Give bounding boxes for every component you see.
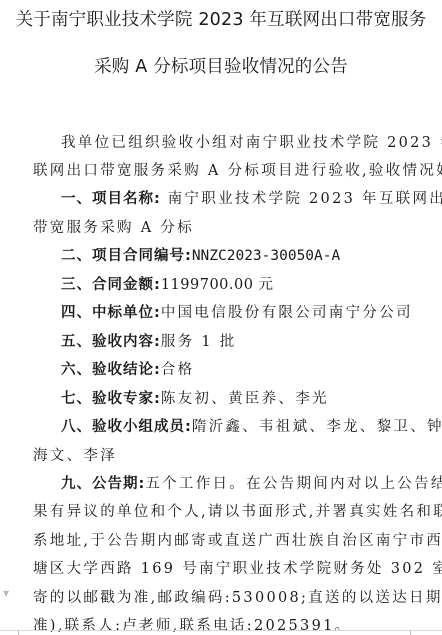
paragraph-collapse-icon[interactable]: ▼ xyxy=(3,589,9,598)
item-team-members: 八、验收小组成员:隋沂鑫、韦祖斌、李龙、黎卫、钟 xyxy=(61,415,442,436)
item-label: 八、验收小组成员: xyxy=(61,419,192,435)
item-value: 中国电信股份有限公司南宁分公司 xyxy=(161,305,413,321)
item-winning-bidder: 四、中标单位:中国电信股份有限公司南宁分公司 xyxy=(61,301,413,322)
item-contract-amount: 三、合同金额:1199700.00 元 xyxy=(61,273,274,294)
intro-line-1: 我单位已组织验收小组对南宁职业技术学院 2023 年互 xyxy=(61,131,442,152)
item-experts: 七、验收专家:陈友初、黄臣养、李光 xyxy=(61,387,329,408)
item-contract-no: 二、项目合同编号:NNZC2023-30050A-A xyxy=(61,244,340,265)
item-value: 五个工作日。在公告期间内对以上公告结 xyxy=(145,476,442,492)
item-project-name-cont: 带宽服务采购 A 分标 xyxy=(33,216,194,237)
item-acceptance-conclusion: 六、验收结论:合格 xyxy=(61,358,194,379)
item-value: 陈友初、黄臣养、李光 xyxy=(161,391,329,407)
notice-line: 系地址,于公告期内邮寄或直送广西壮族自治区南宁市西乡 xyxy=(33,529,442,550)
item-acceptance-content: 五、验收内容:服务 1 批 xyxy=(61,330,237,351)
notice-line: 果有异议的单位和个人,请以书面形式,并署真实姓名和联 xyxy=(33,500,442,521)
item-team-members-cont: 海文、李泽 xyxy=(33,444,117,465)
notice-line: 塘区大学西路 169 号南宁职业技术学院财务处 302 室。(邮 xyxy=(33,557,442,578)
item-value: 服务 1 批 xyxy=(161,334,237,350)
item-value: 南宁职业技术学院 2023 年互联网出口 xyxy=(161,191,442,207)
margin-corner-left xyxy=(18,630,33,635)
item-label: 六、验收结论: xyxy=(61,362,161,378)
item-label: 三、合同金额: xyxy=(61,277,161,293)
item-project-name: 一、项目名称: 南宁职业技术学院 2023 年互联网出口 xyxy=(61,187,442,208)
item-label: 四、中标单位: xyxy=(61,305,161,321)
notice-line: 准),联系人:卢老师,联系电话:2025391。 xyxy=(33,614,351,635)
item-value: 合格 xyxy=(161,362,195,378)
title-line-2: 采购 A 分标项目验收情况的公告 xyxy=(0,53,442,78)
item-value: NNZC2023-30050A-A xyxy=(192,248,340,264)
intro-line-2: 联网出口带宽服务采购 A 分标项目进行验收,验收情况如下: xyxy=(33,159,442,180)
notice-line: 寄的以邮戳为准,邮政编码:530008;直送的以送达日期为 xyxy=(33,586,442,607)
item-notice-period: 九、公告期:五个工作日。在公告期间内对以上公告结 xyxy=(61,472,442,493)
item-label: 五、验收内容: xyxy=(61,334,161,350)
item-label: 一、项目名称: xyxy=(61,191,161,207)
title-line-1: 关于南宁职业技术学院 2023 年互联网出口带宽服务 xyxy=(0,6,442,31)
item-value: 1199700.00 元 xyxy=(161,277,274,293)
item-label: 二、项目合同编号: xyxy=(61,248,192,264)
margin-corner-right xyxy=(410,630,425,635)
item-label: 七、验收专家: xyxy=(61,391,161,407)
page-boundary xyxy=(0,630,442,631)
item-value: 隋沂鑫、韦祖斌、李龙、黎卫、钟 xyxy=(192,419,442,435)
item-label: 九、公告期: xyxy=(61,476,145,492)
